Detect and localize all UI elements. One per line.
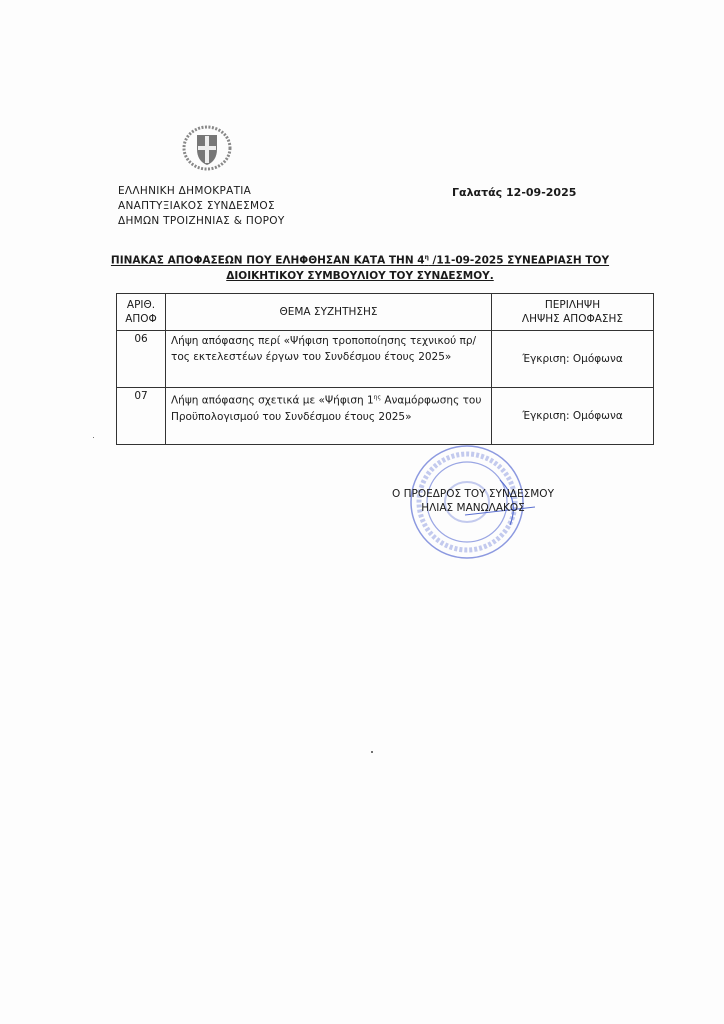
decision-number: 07 <box>117 388 166 445</box>
header-result-line1: ΠΕΡΙΛΗΨΗ <box>497 298 648 312</box>
topic-sup: ης <box>374 394 381 401</box>
org-line: ΕΛΛΗΝΙΚΗ ΔΗΜΟΚΡΑΤΙΑ <box>118 184 285 199</box>
title-line2: ΔΙΟΙΚΗΤΙΚΟΥ ΣΥΜΒΟΥΛΙΟΥ ΤΟΥ ΣΥΝΔΕΣΜΟΥ. <box>110 269 610 284</box>
decision-result: Έγκριση: Ομόφωνα <box>492 388 654 445</box>
signature-block: Ο ΠΡΟΕΔΡΟΣ ΤΟΥ ΣΥΝΔΕΣΜΟΥ ΗΛΙΑΣ ΜΑΝΩΛΑΚΟΣ <box>388 487 558 515</box>
title-line1-post: /11-09-2025 ΣΥΝΕΔΡΙΑΣΗ ΤΟΥ <box>429 255 609 267</box>
header-result-line2: ΛΗΨΗΣ ΑΠΟΦΑΣΗΣ <box>497 312 648 326</box>
scan-speck <box>371 751 373 753</box>
document-page: ΕΛΛΗΝΙΚΗ ΔΗΜΟΚΡΑΤΙΑ ΑΝΑΠΤΥΞΙΑΚΟΣ ΣΥΝΔΕΣΜ… <box>0 0 724 1024</box>
decisions-table: ΑΡΙΘ. ΑΠΟΦ ΘΕΜΑ ΣΥΖΗΤΗΣΗΣ ΠΕΡΙΛΗΨΗ ΛΗΨΗΣ… <box>116 293 654 445</box>
signatory-name: ΗΛΙΑΣ ΜΑΝΩΛΑΚΟΣ <box>388 501 558 515</box>
issuing-organization: ΕΛΛΗΝΙΚΗ ΔΗΜΟΚΡΑΤΙΑ ΑΝΑΠΤΥΞΙΑΚΟΣ ΣΥΝΔΕΣΜ… <box>118 184 285 229</box>
header-topic: ΘΕΜΑ ΣΥΖΗΤΗΣΗΣ <box>166 294 492 331</box>
org-line: ΑΝΑΠΤΥΞΙΑΚΟΣ ΣΥΝΔΕΣΜΟΣ <box>118 199 285 214</box>
table-header-row: ΑΡΙΘ. ΑΠΟΦ ΘΕΜΑ ΣΥΖΗΤΗΣΗΣ ΠΕΡΙΛΗΨΗ ΛΗΨΗΣ… <box>117 294 654 331</box>
decision-result: Έγκριση: Ομόφωνα <box>492 331 654 388</box>
header-number: ΑΡΙΘ. ΑΠΟΦ <box>117 294 166 331</box>
decision-number: 06 <box>117 331 166 388</box>
header-result: ΠΕΡΙΛΗΨΗ ΛΗΨΗΣ ΑΠΟΦΑΣΗΣ <box>492 294 654 331</box>
topic-text: Λήψη απόφασης περί «Ψήφιση τροποποίησης … <box>171 335 476 363</box>
table-row: 07 Λήψη απόφασης σχετικά με «Ψήφιση 1ης … <box>117 388 654 445</box>
header-number-line1: ΑΡΙΘ. <box>122 298 160 312</box>
signatory-role: Ο ΠΡΟΕΔΡΟΣ ΤΟΥ ΣΥΝΔΕΣΜΟΥ <box>388 487 558 501</box>
greek-emblem-icon <box>182 125 232 171</box>
table-row: 06 Λήψη απόφασης περί «Ψήφιση τροποποίησ… <box>117 331 654 388</box>
decision-topic: Λήψη απόφασης σχετικά με «Ψήφιση 1ης Ανα… <box>166 388 492 445</box>
topic-text: Λήψη απόφασης σχετικά με «Ψήφιση 1 <box>171 395 374 407</box>
header-number-line2: ΑΠΟΦ <box>122 312 160 326</box>
scan-speck <box>93 437 94 438</box>
place-date: Γαλατάς 12-09-2025 <box>452 186 576 199</box>
decision-topic: Λήψη απόφασης περί «Ψήφιση τροποποίησης … <box>166 331 492 388</box>
org-line: ΔΗΜΩΝ ΤΡΟΙΖΗΝΙΑΣ & ΠΟΡΟΥ <box>118 214 285 229</box>
document-title: ΠΙΝΑΚΑΣ ΑΠΟΦΑΣΕΩΝ ΠΟΥ ΕΛΗΦΘΗΣΑΝ ΚΑΤΑ ΤΗΝ… <box>110 250 610 284</box>
title-line1-pre: ΠΙΝΑΚΑΣ ΑΠΟΦΑΣΕΩΝ ΠΟΥ ΕΛΗΦΘΗΣΑΝ ΚΑΤΑ ΤΗΝ… <box>111 255 425 267</box>
